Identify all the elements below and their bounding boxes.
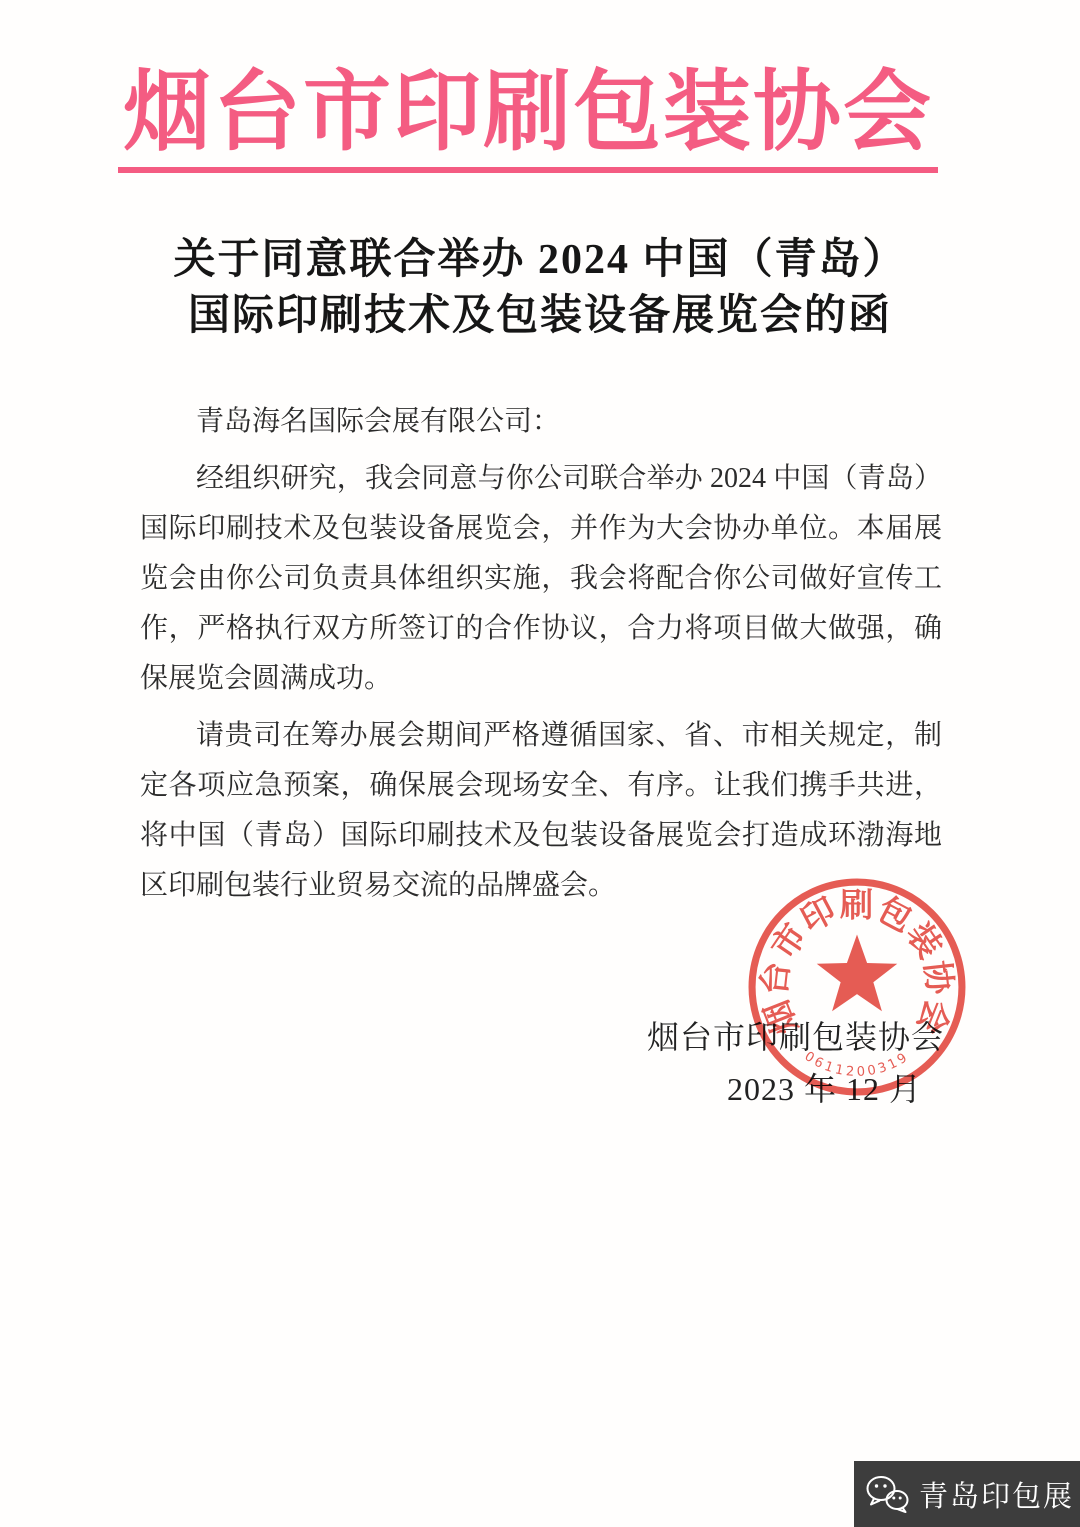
official-seal: 烟台市印刷包装协会 0611200319 [746, 876, 968, 1098]
letter-body: 青岛海名国际会展有限公司： 经组织研究，我会同意与你公司联合举办 2024 中国… [140, 390, 942, 911]
paragraph-1: 经组织研究，我会同意与你公司联合举办 2024 中国（青岛）国际印刷技术及包装设… [140, 454, 942, 704]
seal-serial-number: 0611200319 [802, 1049, 913, 1080]
watermark-label: 青岛印包展 [919, 1474, 1074, 1515]
document-title-line1: 关于同意联合举办 2024 中国（青岛） [0, 232, 1080, 288]
watermark-bar: 青岛印包展 [854, 1461, 1080, 1527]
document-title-line2: 国际印刷技术及包装设备展览会的函 [0, 288, 1080, 344]
letterhead-title: 烟台市印刷包装协会 [118, 62, 938, 173]
document-title: 关于同意联合举办 2024 中国（青岛） 国际印刷技术及包装设备展览会的函 [0, 232, 1080, 344]
salutation: 青岛海名国际会展有限公司： [140, 397, 942, 447]
seal-star [817, 935, 898, 1012]
letter-page: 烟台市印刷包装协会 关于同意联合举办 2024 中国（青岛） 国际印刷技术及包装… [0, 0, 1080, 1527]
wechat-icon [864, 1475, 910, 1513]
